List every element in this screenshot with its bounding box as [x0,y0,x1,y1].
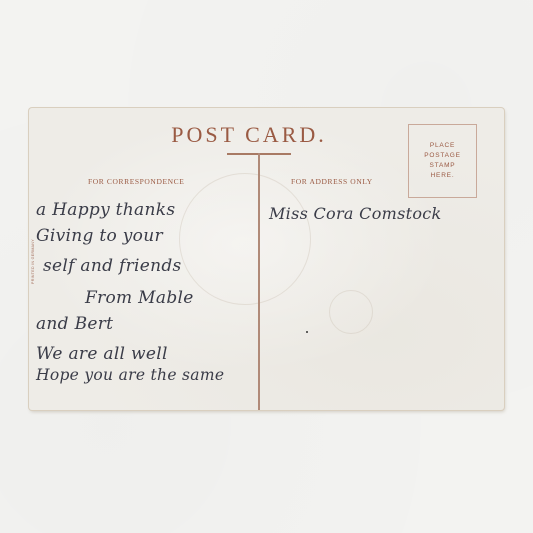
correspondence-label: FOR CORRESPONDENCE [88,177,184,186]
message-line: We are all well [36,344,168,364]
message-line: Hope you are the same [36,366,224,384]
address-line: Miss Cora Comstock [269,204,442,223]
stamp-box: PLACE POSTAGE STAMP HERE. [408,124,477,198]
ink-spot [306,331,308,333]
center-divider [258,153,260,410]
stamp-line: PLACE [430,141,455,151]
postcard-title: POST CARD. [29,122,469,148]
stamp-line: HERE. [431,171,455,181]
message-line: Giving to your [36,226,163,246]
emboss-circle-large [179,173,311,305]
stamp-line: STAMP [430,161,456,171]
emboss-circle-small [329,290,373,334]
postcard: POST CARD. FOR CORRESPONDENCE FOR ADDRES… [29,108,504,410]
message-line: self and friends [43,256,182,276]
message-line: a Happy thanks [36,200,175,220]
printer-mark: PRINTED IN GERMANY [31,239,35,284]
address-label: FOR ADDRESS ONLY [291,177,373,186]
stamp-line: POSTAGE [424,151,461,161]
message-line: From Mable [85,288,194,308]
message-line: and Bert [36,314,113,334]
